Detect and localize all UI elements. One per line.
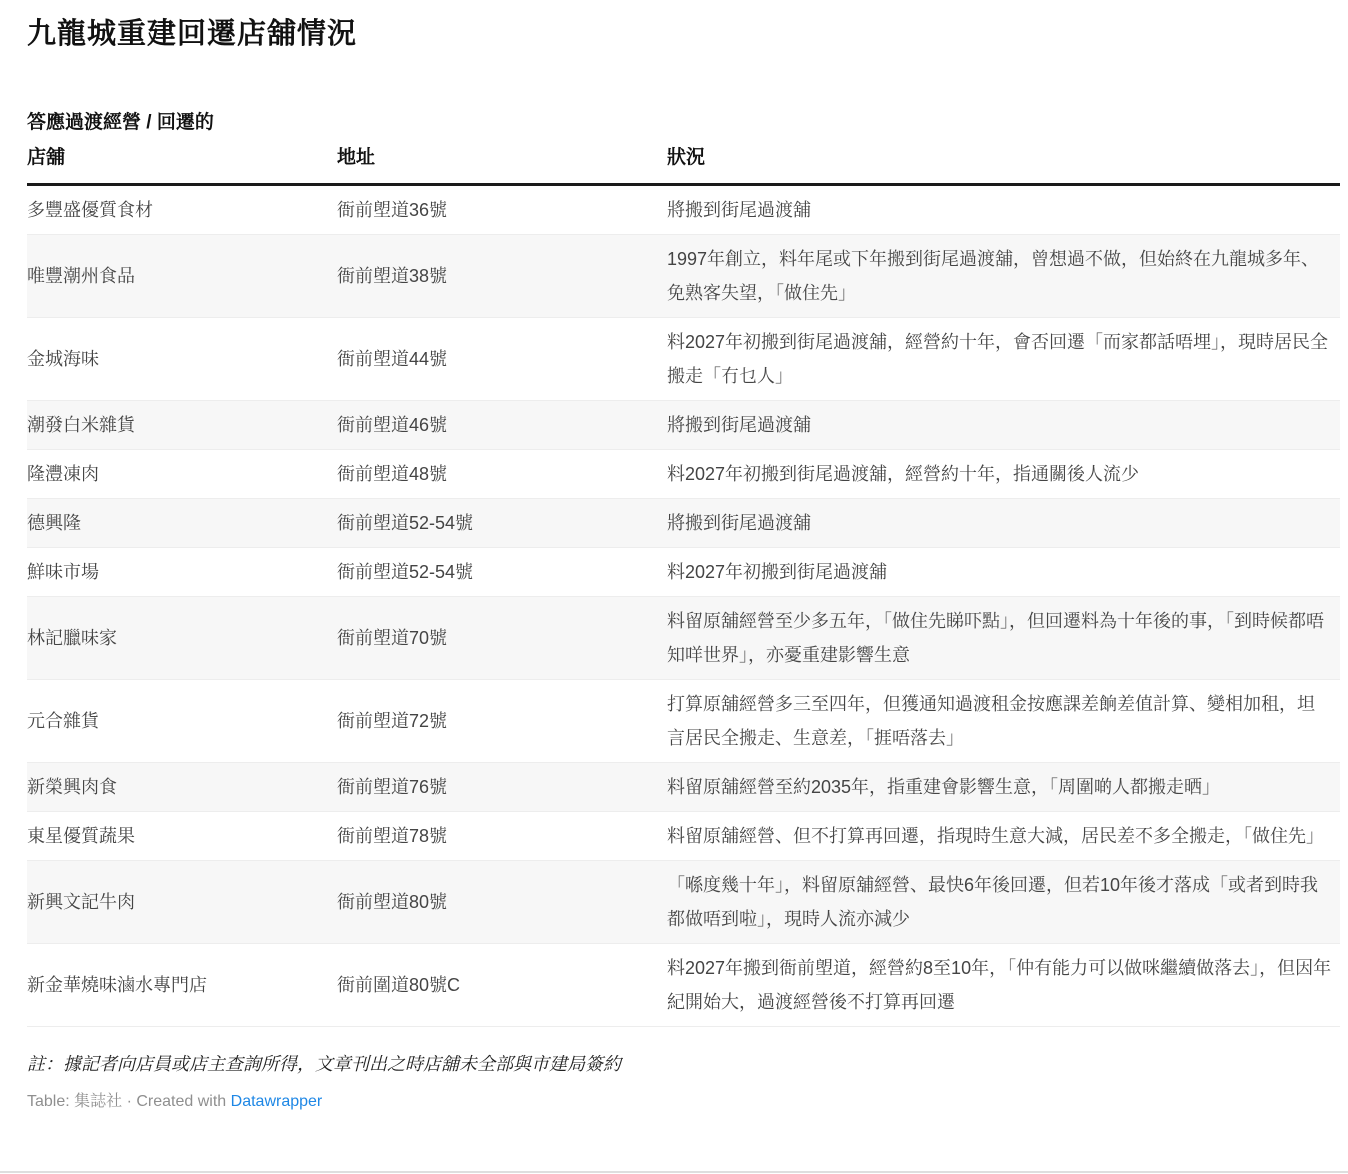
cell-shop: 新興文記牛肉 — [27, 878, 337, 926]
cell-shop: 東星優質蔬果 — [27, 812, 337, 860]
column-header-shop: 答應過渡經營 / 回遷的 店舖 — [27, 105, 337, 175]
cell-status: 料2027年搬到衙前塱道，經營約8至10年，「仲有能力可以做咪繼續做落去」，但因… — [667, 944, 1340, 1026]
cell-address: 衙前塱道36號 — [337, 186, 667, 234]
table-row: 多豐盛優質食材衙前塱道36號將搬到街尾過渡舖 — [27, 186, 1340, 235]
table-row: 德興隆衙前塱道52-54號將搬到街尾過渡舖 — [27, 499, 1340, 548]
cell-status: 料留原舖經營至少多五年，「做住先睇吓點」，但回遷料為十年後的事，「到時候都唔知咩… — [667, 597, 1340, 679]
cell-shop: 林記臘味家 — [27, 614, 337, 662]
cell-address: 衙前塱道46號 — [337, 401, 667, 449]
table-note: 註：據記者向店員或店主查詢所得，文章刊出之時店舖未全部與市建局簽約 — [27, 1053, 1340, 1076]
column-header-shop-line1: 答應過渡經營 / 回遷的 — [27, 105, 321, 140]
cell-shop: 新榮興肉食 — [27, 763, 337, 811]
cell-address: 衙前塱道52-54號 — [337, 548, 667, 596]
cell-address: 衙前塱道48號 — [337, 450, 667, 498]
cell-shop: 元合雜貨 — [27, 697, 337, 745]
table-row: 隆灃凍肉衙前塱道48號料2027年初搬到街尾過渡舖，經營約十年，指通關後人流少 — [27, 450, 1340, 499]
cell-shop: 隆灃凍肉 — [27, 450, 337, 498]
cell-status: 料2027年初搬到街尾過渡舖，經營約十年，會否回遷「而家都話唔埋」，現時居民全搬… — [667, 318, 1340, 400]
table-row: 新榮興肉食衙前塱道76號料留原舖經營至約2035年，指重建會影響生意，「周圍啲人… — [27, 763, 1340, 812]
table-row: 新興文記牛肉衙前塱道80號「喺度幾十年」，料留原舖經營、最快6年後回遷，但若10… — [27, 861, 1340, 944]
table-body: 多豐盛優質食材衙前塱道36號將搬到街尾過渡舖唯豐潮州食品衙前塱道38號1997年… — [27, 186, 1340, 1027]
cell-shop: 多豐盛優質食材 — [27, 186, 337, 234]
cell-status: 料留原舖經營至約2035年，指重建會影響生意，「周圍啲人都搬走晒」 — [667, 763, 1340, 811]
table-row: 金城海味衙前塱道44號料2027年初搬到街尾過渡舖，經營約十年，會否回遷「而家都… — [27, 318, 1340, 401]
cell-status: 將搬到街尾過渡舖 — [667, 499, 1340, 547]
cell-status: 「喺度幾十年」，料留原舖經營、最快6年後回遷，但若10年後才落成「或者到時我都做… — [667, 861, 1340, 943]
cell-shop: 德興隆 — [27, 499, 337, 547]
cell-address: 衙前塱道72號 — [337, 697, 667, 745]
cell-address: 衙前塱道78號 — [337, 812, 667, 860]
datawrapper-link[interactable]: Datawrapper — [231, 1093, 323, 1110]
cell-address: 衙前塱道38號 — [337, 252, 667, 300]
datawrapper-table-page: 九龍城重建回遷店舖情況 答應過渡經營 / 回遷的 店舖 地址 狀況 多豐盛優質食… — [0, 0, 1348, 1113]
cell-status: 打算原舖經營多三至四年，但獲通知過渡租金按應課差餉差值計算、變相加租，坦言居民全… — [667, 680, 1340, 762]
cell-address: 衙前塱道52-54號 — [337, 499, 667, 547]
table-row: 東星優質蔬果衙前塱道78號料留原舖經營、但不打算再回遷，指現時生意大減，居民差不… — [27, 812, 1340, 861]
cell-shop: 唯豐潮州食品 — [27, 252, 337, 300]
bottom-divider — [0, 1171, 1348, 1173]
column-header-shop-line2: 店舖 — [27, 140, 321, 175]
table-row: 林記臘味家衙前塱道70號料留原舖經營至少多五年，「做住先睇吓點」，但回遷料為十年… — [27, 597, 1340, 680]
credit-line: Table: 集誌社 · Created with Datawrapper — [27, 1092, 1340, 1113]
column-header-address: 地址 — [337, 140, 667, 175]
cell-status: 料留原舖經營、但不打算再回遷，指現時生意大減，居民差不多全搬走，「做住先」 — [667, 812, 1340, 860]
cell-status: 料2027年初搬到街尾過渡舖 — [667, 548, 1340, 596]
cell-shop: 潮發白米雜貨 — [27, 401, 337, 449]
table-row: 鮮味市場衙前塱道52-54號料2027年初搬到街尾過渡舖 — [27, 548, 1340, 597]
table-row: 元合雜貨衙前塱道72號打算原舖經營多三至四年，但獲通知過渡租金按應課差餉差值計算… — [27, 680, 1340, 763]
cell-status: 將搬到街尾過渡舖 — [667, 186, 1340, 234]
credit-text: Table: 集誌社 · Created with — [27, 1093, 231, 1110]
cell-address: 衙前塱道70號 — [337, 614, 667, 662]
table-row: 新金華燒味滷水專門店衙前圍道80號C料2027年搬到衙前塱道，經營約8至10年，… — [27, 944, 1340, 1027]
column-header-status: 狀況 — [667, 140, 1340, 175]
cell-status: 1997年創立，料年尾或下年搬到街尾過渡舖，曾想過不做，但始終在九龍城多年、免熟… — [667, 235, 1340, 317]
cell-address: 衙前塱道80號 — [337, 878, 667, 926]
cell-status: 料2027年初搬到街尾過渡舖，經營約十年，指通關後人流少 — [667, 450, 1340, 498]
cell-shop: 金城海味 — [27, 335, 337, 383]
cell-status: 將搬到街尾過渡舖 — [667, 401, 1340, 449]
cell-address: 衙前圍道80號C — [337, 961, 667, 1009]
table-header: 答應過渡經營 / 回遷的 店舖 地址 狀況 — [27, 105, 1340, 186]
cell-address: 衙前塱道44號 — [337, 335, 667, 383]
table-row: 唯豐潮州食品衙前塱道38號1997年創立，料年尾或下年搬到街尾過渡舖，曾想過不做… — [27, 235, 1340, 318]
cell-address: 衙前塱道76號 — [337, 763, 667, 811]
cell-shop: 鮮味市場 — [27, 548, 337, 596]
table-row: 潮發白米雜貨衙前塱道46號將搬到街尾過渡舖 — [27, 401, 1340, 450]
cell-shop: 新金華燒味滷水專門店 — [27, 961, 337, 1009]
page-title: 九龍城重建回遷店舖情況 — [27, 14, 1340, 52]
